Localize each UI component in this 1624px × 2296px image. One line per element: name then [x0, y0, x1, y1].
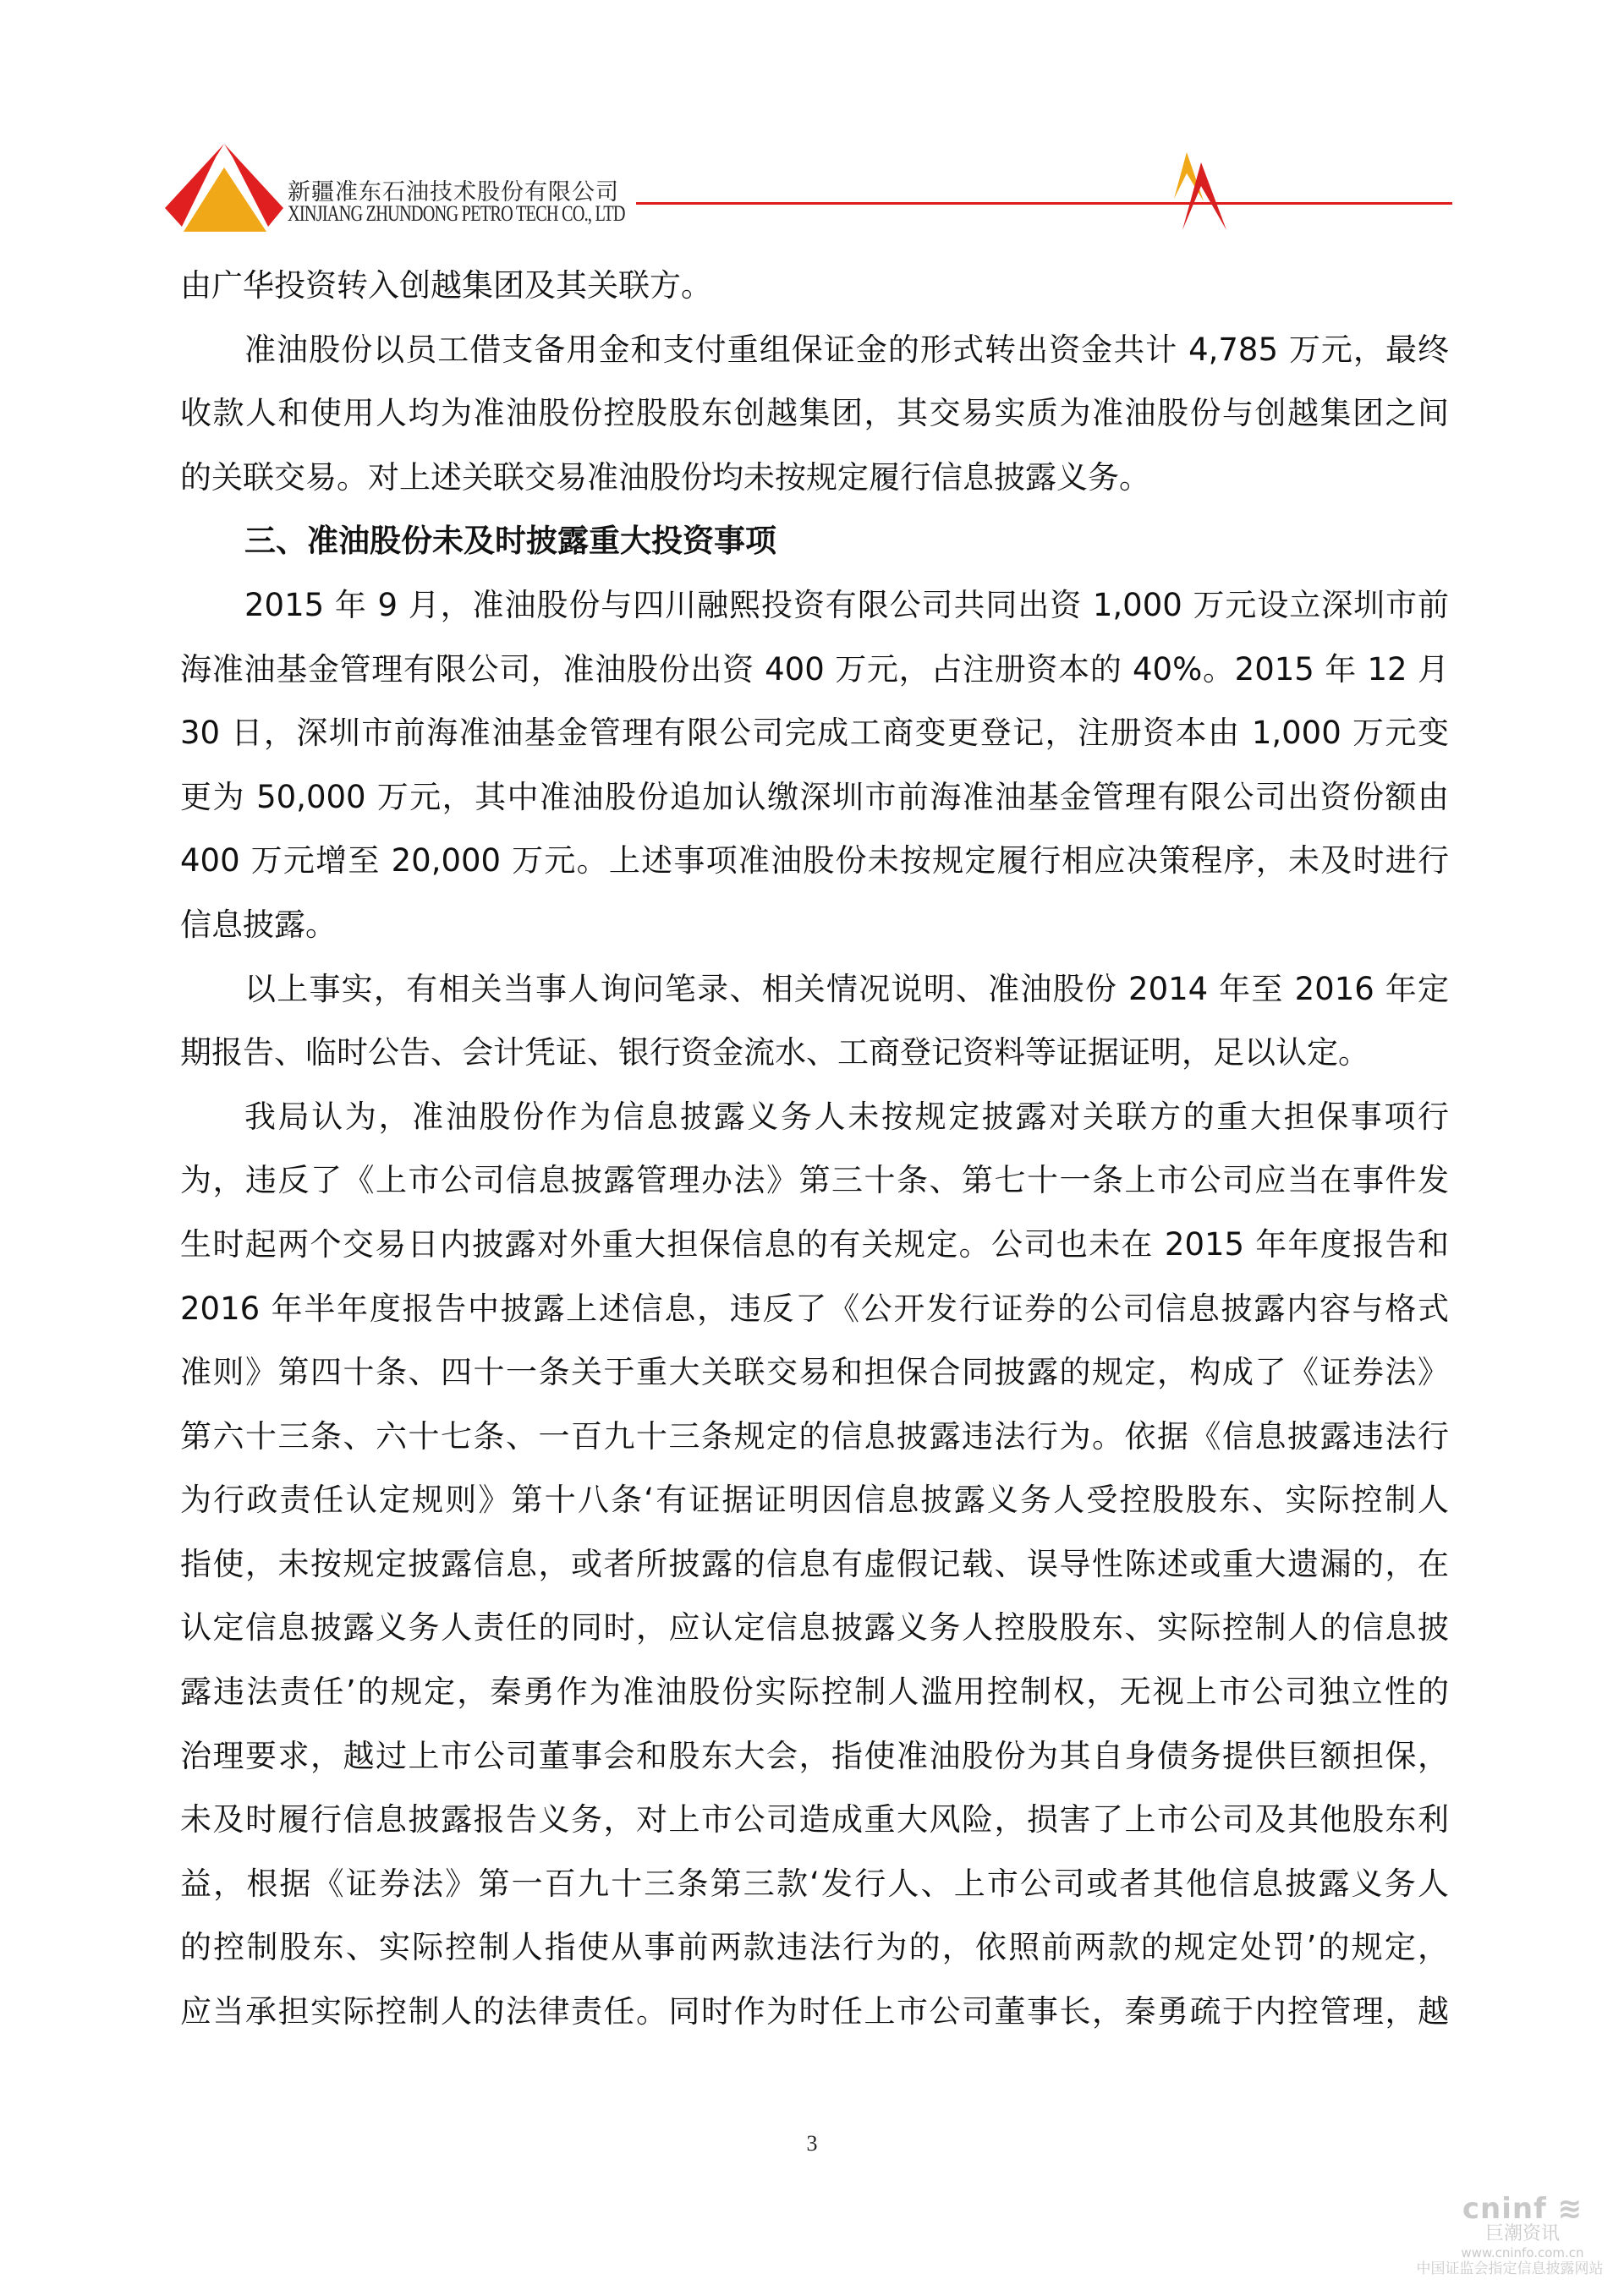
text-line: 益，根据《证券法》第一百九十三条第三款‘发行人、上市公司或者其他信息披露义务人: [180, 1852, 1449, 1916]
text-line: 信息披露。: [180, 893, 1449, 957]
text-line: 应当承担实际控制人的法律责任。同时作为时任上市公司董事长，秦勇疏于内控管理，越: [180, 1980, 1449, 2044]
text-line: 露违法责任’的规定，秦勇作为准油股份实际控制人滥用控制权，无视上市公司独立性的: [180, 1660, 1449, 1724]
text-line: 准则》第四十条、四十一条关于重大关联交易和担保合同披露的规定，构成了《证券法》: [180, 1340, 1449, 1405]
text-line: 400 万元增至 20,000 万元。上述事项准油股份未按规定履行相应决策程序，…: [180, 829, 1449, 893]
text-line: 生时起两个交易日内披露对外重大担保信息的有关规定。公司也未在 2015 年年度报…: [180, 1213, 1449, 1277]
company-name-en: XINJIANG ZHUNDONG PETRO TECH CO., LTD: [288, 201, 625, 227]
cninfo-logo-icon: ≋: [1547, 2192, 1583, 2226]
text-line: 的控制股东、实际控制人指使从事前两款违法行为的，依照前两款的规定处罚’的规定，: [180, 1915, 1449, 1980]
text-line: 更为 50,000 万元，其中准油股份追加认缴深圳市前海准油基金管理有限公司出资…: [180, 765, 1449, 830]
watermark-tagline: 中国证监会指定信息披露网站: [1404, 2260, 1616, 2277]
text-line: 第六十三条、六十七条、一百九十三条规定的信息披露违法行为。依据《信息披露违法行: [180, 1405, 1449, 1469]
watermark-name: 巨潮资讯: [1429, 2223, 1616, 2245]
text-line: 由广华投资转入创越集团及其关联方。: [180, 254, 1449, 318]
text-line: 指使，未按规定披露信息，或者所披露的信息有虚假记载、误导性陈述或重大遗漏的，在: [180, 1532, 1449, 1597]
watermark-url: www.cninfo.com.cn: [1429, 2245, 1616, 2260]
text-line: 海准油基金管理有限公司，准油股份出资 400 万元，占注册资本的 40%。201…: [180, 638, 1449, 702]
watermark-brand: cninf ≋: [1429, 2195, 1616, 2223]
text-line: 2016 年半年度报告中披露上述信息，违反了《公开发行证券的公司信息披露内容与格…: [180, 1277, 1449, 1341]
text-line: 准油股份以员工借支备用金和支付重组保证金的形式转出资金共计 4,785 万元，最…: [180, 318, 1449, 382]
text-line: 为，违反了《上市公司信息披露管理办法》第三十条、第七十一条上市公司应当在事件发: [180, 1148, 1449, 1213]
text-line: 认定信息披露义务人责任的同时，应认定信息披露义务人控股股东、实际控制人的信息披: [180, 1596, 1449, 1660]
cninfo-watermark: cninf ≋ 巨潮资讯 www.cninfo.com.cn 中国证监会指定信息…: [1429, 2195, 1616, 2277]
text-line: 以上事实，有相关当事人询问笔录、相关情况说明、准油股份 2014 年至 2016…: [180, 957, 1449, 1022]
peak-mark-icon: [1174, 152, 1233, 237]
page-header: 新疆准东石油技术股份有限公司 XINJIANG ZHUNDONG PETRO T…: [0, 0, 1624, 245]
company-logo-icon: [165, 142, 288, 239]
text-line: 期报告、临时公告、会计凭证、银行资金流水、工商登记资料等证据证明，足以认定。: [180, 1021, 1449, 1085]
document-body: 由广华投资转入创越集团及其关联方。 准油股份以员工借支备用金和支付重组保证金的形…: [180, 254, 1449, 2044]
text-line: 治理要求，越过上市公司董事会和股东大会，指使准油股份为其自身债务提供巨额担保，: [180, 1724, 1449, 1789]
text-line: 收款人和使用人均为准油股份控股股东创越集团，其交易实质为准油股份与创越集团之间: [180, 381, 1449, 446]
section-heading: 三、准油股份未及时披露重大投资事项: [180, 509, 1449, 573]
text-line: 未及时履行信息披露报告义务，对上市公司造成重大风险，损害了上市公司及其他股东利: [180, 1788, 1449, 1852]
text-line: 我局认为，准油股份作为信息披露义务人未按规定披露对关联方的重大担保事项行: [180, 1085, 1449, 1149]
page-number: 3: [795, 2131, 829, 2156]
text-line: 的关联交易。对上述关联交易准油股份均未按规定履行信息披露义务。: [180, 446, 1449, 510]
text-line: 30 日，深圳市前海准油基金管理有限公司完成工商变更登记，注册资本由 1,000…: [180, 701, 1449, 765]
text-line: 2015 年 9 月，准油股份与四川融熙投资有限公司共同出资 1,000 万元设…: [180, 573, 1449, 638]
header-rule: [636, 202, 1452, 205]
text-line: 为行政责任认定规则》第十八条‘有证据证明因信息披露义务人受控股股东、实际控制人: [180, 1468, 1449, 1532]
